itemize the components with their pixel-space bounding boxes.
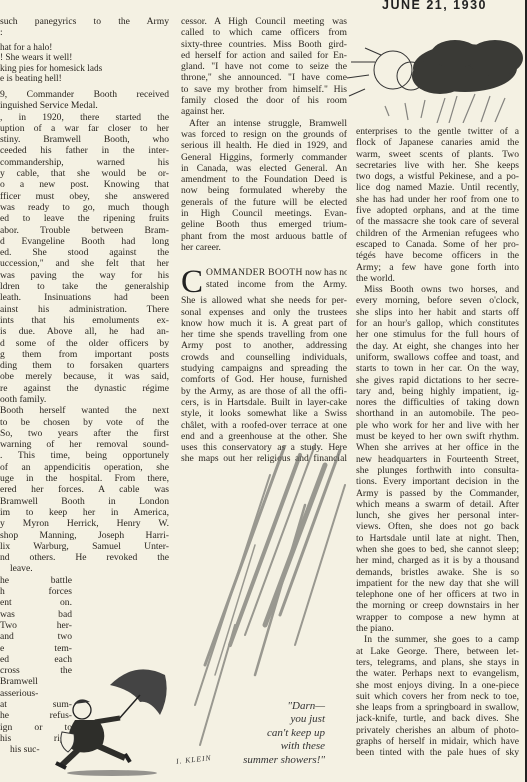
middle-column: cessor. A High Council meeting was calle… (181, 16, 347, 465)
paragraph: Booth herself wanted the next to be chos… (0, 405, 169, 574)
paragraph: cessor. A High Council meeting was calle… (181, 16, 347, 118)
paragraph: 9, Commander Booth received inguished Se… (0, 89, 169, 112)
left-column: such panegyrics to the Army : hat for a … (0, 16, 169, 755)
verse-quote: hat for a halo! ! She wears it well! kin… (0, 43, 169, 85)
paragraph: After an intense struggle, Bramwell was … (181, 118, 347, 254)
paragraph: In the summer, she goes to a camp at Lak… (356, 634, 519, 758)
dropcap-paragraph: C OMMANDER BOOTH now has no stated incom… (181, 267, 347, 464)
magazine-page: JUNE 21, 1930 such panegyrics to the Arm… (0, 0, 527, 782)
rain-cloud-illustration (345, 18, 525, 123)
paragraph: Miss Booth owns two horses, and every mo… (356, 284, 519, 634)
paragraph: , in 1920, there started the uption of a… (0, 112, 169, 406)
man-with-umbrella-cartoon (40, 650, 190, 780)
issue-date: JUNE 21, 1930 (382, 0, 527, 11)
intro-text: such panegyrics to the Army : (0, 16, 169, 39)
drop-cap-letter: C (181, 269, 203, 295)
right-column: enterprises to the gentle twitter of a f… (356, 126, 519, 759)
paragraph: enterprises to the gentle twitter of a f… (356, 126, 519, 284)
cartoon-caption: "Darn— you just can't keep up with these… (200, 700, 325, 767)
